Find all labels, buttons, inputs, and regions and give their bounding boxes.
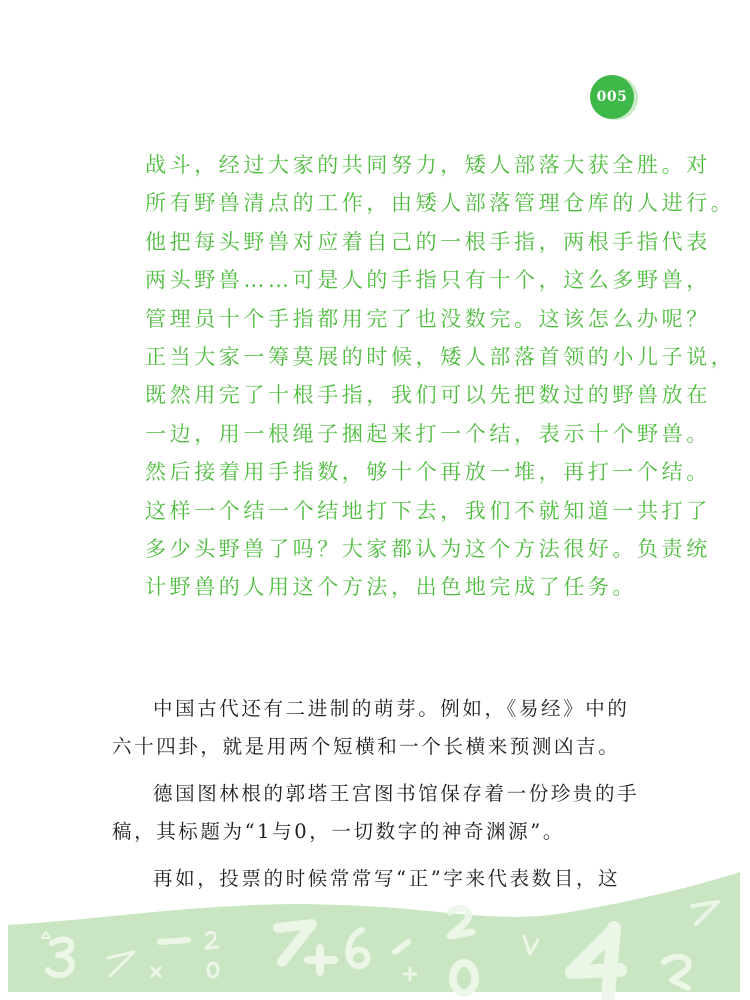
story-line: 多少头野兽了吗？大家都认为这个方法很好。负责统 (145, 530, 625, 568)
paragraph-line: 中国古代还有二进制的萌芽。例如，《易经》中的 (112, 690, 624, 728)
paragraph-binary-origin: 中国古代还有二进制的萌芽。例如，《易经》中的 六十四卦，就是用两个短横和一个长横… (112, 690, 624, 766)
story-line: 一边，用一根绳子捆起来打一个结，表示十个野兽。 (145, 415, 625, 453)
number-wave-decoration (0, 860, 750, 1000)
paragraph-line: 德国图林根的郭塔王宫图书馆保存着一份珍贵的手 (112, 775, 624, 813)
paragraph-manuscript: 德国图林根的郭塔王宫图书馆保存着一份珍贵的手 稿，其标题为“1与0，一切数字的神… (112, 775, 624, 851)
story-line: 然后接着用手指数，够十个再放一堆，再打一个结。 (145, 453, 625, 491)
story-line: 他把每头野兽对应着自己的一根手指，两根手指代表 (145, 223, 625, 261)
page-number-badge: 005 (590, 75, 634, 119)
story-line: 所有野兽清点的工作，由矮人部落管理仓库的人进行。 (145, 184, 625, 222)
story-line: 计野兽的人用这个方法，出色地完成了任务。 (145, 568, 625, 606)
story-line: 两头野兽……可是人的手指只有十个，这么多野兽， (145, 261, 625, 299)
story-line: 既然用完了十根手指，我们可以先把数过的野兽放在 (145, 376, 625, 414)
paragraph-line: 六十四卦，就是用两个短横和一个长横来预测凶吉。 (112, 728, 624, 766)
story-passage: 战斗，经过大家的共同努力，矮人部落大获全胜。对 所有野兽清点的工作，由矮人部落管… (145, 146, 625, 607)
paragraph-line: 稿，其标题为“1与0，一切数字的神奇渊源”。 (112, 813, 624, 851)
story-line: 战斗，经过大家的共同努力，矮人部落大获全胜。对 (145, 146, 625, 184)
story-line: 正当大家一筹莫展的时候，矮人部落首领的小儿子说， (145, 338, 625, 376)
page-number: 005 (597, 89, 628, 105)
story-line: 这样一个结一个结地打下去，我们不就知道一共打了 (145, 492, 625, 530)
story-line: 管理员十个手指都用完了也没数完。这该怎么办呢？ (145, 300, 625, 338)
